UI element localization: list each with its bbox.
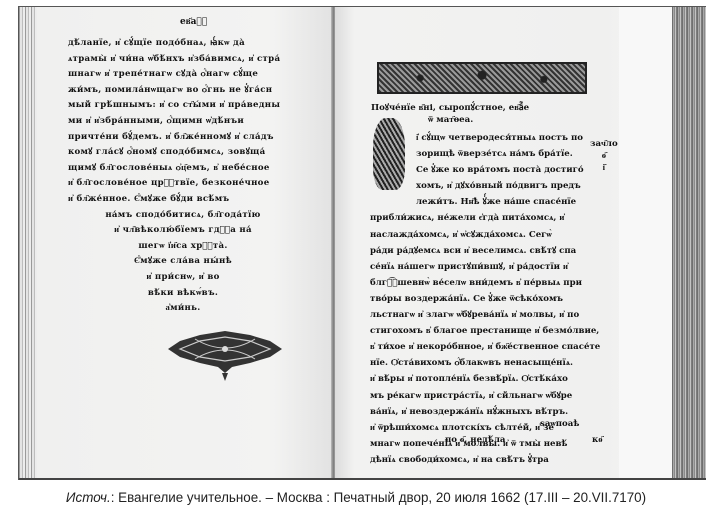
text-line: шегѡ ї҆и҃са хрⷭ҇та̀.	[68, 239, 298, 255]
page-edges-right	[672, 7, 706, 480]
right-page-footer: по ѳ҃, недѣ́ла	[445, 434, 505, 445]
marginal-note-line: і҃	[590, 162, 618, 174]
text-line: и҆ чл҃вѣколю́бїемъ гдⷭ҇а на́	[68, 223, 298, 239]
text-line: щимꙋ бл҃гослове́ныѧ ѻ҆ц҃емъ, в҆ небе́сно…	[68, 161, 298, 177]
marginal-note-line: ѳ҃	[590, 150, 618, 162]
text-line: блгⷣ͡ꙋшевнѡ̀ ве́селѡ вни́демъ в҆ пе́рвыѧ…	[370, 275, 600, 291]
right-page-subtitle: ѿ мат҃ѳеа.	[428, 114, 473, 125]
text-line: лежи́тъ. Нн҃ѣ ꙋ҆́же на́ше спасе́нїе	[416, 194, 600, 210]
text-line: мый грѣ́шнымъ: и҆ со ст҃ы́ми и҆ пра́ведн…	[68, 98, 298, 114]
decorated-initial	[373, 118, 405, 190]
text-line: комꙋ гла́сꙋ ѻ҆́номꙋ сподо́бимсѧ, зовꙋща́	[68, 145, 298, 161]
marginal-note-line: зач҃ло	[590, 138, 618, 150]
text-line: в҆ ти́хое и҆ некоро́бнное, и҆ бж҃е́ствен…	[370, 339, 600, 355]
text-line: мъ ре́кагѡ пристра́стїѧ, и҆ сйльнагѡ ѡ҆б…	[370, 388, 600, 404]
text-line: Є҆́мꙋже сла́ва ны́нѣ	[68, 254, 298, 270]
caption-text: : Евангелие учительное. – Москва : Печат…	[111, 490, 646, 505]
text-line: шнагѡ и҆ трепе́тнагѡ сꙋда̀ ѻ҆́нагѡ сꙋ́ще	[68, 67, 298, 83]
ornamental-headpiece	[377, 62, 587, 94]
right-page-title: Поꙋче́нїе в҃ні, сыропꙋ́стное, ев҃аⷧ҇е	[371, 101, 529, 113]
text-line: вѣ́ки вѣкѡ́въ.	[68, 286, 298, 302]
text-line: тво́ры воздержа́нїѧ. Се ꙋ҆же ѿсѣко́хомъ	[370, 291, 600, 307]
text-line: прибли́жисѧ, не́жели є҆гда̀ пита́хомсѧ, …	[370, 210, 600, 226]
right-page-margin	[619, 7, 674, 480]
text-line: ми и҆ и҆збра́нными, ѻ҆́щимн ѡ҆дѣ́нъи	[68, 114, 298, 130]
text-line: ѧтрамы̀ и҆ чи́на ѡ҆бѣ́нхъ и҆зба́вимсѧ, и…	[68, 52, 298, 68]
text-line: хомъ, и҆ дꙋхо́вный по́двигъ предъ	[416, 178, 600, 194]
folio-number: кѳ҃	[592, 434, 603, 445]
text-line: наслажда́хомсѧ, и҆ ѡ҆сꙋжда́хомсѧ. Сегѡ̀	[370, 227, 600, 243]
text-line: и҆ вѣ́ры и҆ потопле́нїѧ безвѣ́рїѧ. Ѻ҆стѣ…	[370, 371, 600, 387]
text-line: Се ꙋ҆же ко вра́томъ поста̀ достиго́	[416, 162, 600, 178]
text-line: жи́мъ, помила́нѡщагѡ во ѻ҆́гнь не ꙋ҆га́с…	[68, 83, 298, 99]
text-line: і҆ сꙋ́щѡ четверодеся́тныѧ постъ по	[416, 130, 600, 146]
text-line: зорищѣ ѿверзе́тсѧ на́мъ бра́тїе.	[416, 146, 600, 162]
text-line: и҆ бл҃же́нное. Є҆́мꙋже бꙋ́ди всѣ́мъ	[68, 192, 298, 208]
text-line: ра́ди ра́дꙋемсѧ вси и҆ веселимсѧ. свѣ́тꙋ…	[370, 243, 600, 259]
marginal-note: зач҃ло ѳ҃ і҃	[590, 138, 618, 174]
text-line: нїе. Ѻ҆ста́вихомъ ѻ҆́блакѡвъ ненасыще́нї…	[370, 355, 600, 371]
text-line: дѣнїѧ свободи́хомсѧ, и҆ на свѣ́тъ ꙋ҆тра	[370, 452, 600, 468]
text-line: се́нїѧ на́шегѡ пристꙋпи́вшꙋ, и҆ ра́достї…	[370, 259, 600, 275]
caption-label: Источ.	[66, 490, 111, 505]
image-caption: Источ.: Евангелие учительное. – Москва :…	[0, 490, 712, 505]
text-line: причте́ни бꙋ́демъ. и҆ бл҃же́нномꙋ и҆ сла…	[68, 130, 298, 146]
text-line: стигохомъ в҆ благое престанище и҆ безмо́…	[370, 323, 600, 339]
text-line: льстнагѡ и҆ злагѡ ѡ҆бꙋрева́нїѧ и҆ молвы,…	[370, 307, 600, 323]
text-line: на́мъ сподо́битисѧ, бл҃года́тїю	[68, 208, 298, 224]
text-line: и҆ при́снѡ, и҆ во	[68, 270, 298, 286]
text-line: а҆ми́нь.	[68, 301, 298, 317]
catchword: ѕаѡпоаѣ	[540, 418, 579, 429]
left-running-head: ев҃аⷧ҇	[180, 16, 207, 27]
left-page-text: дѣ́ланїе, и҆ сꙋ́щїе подо́бнаѧ, ꙗ҆́кѡ да̀…	[68, 36, 298, 317]
text-line: и҆ бл҃гослове́ное црⷭ҇твїе, безконе́чное	[68, 176, 298, 192]
interlace-ornament-icon	[160, 327, 290, 382]
page-edges-left	[19, 7, 37, 480]
text-line: дѣ́ланїе, и҆ сꙋ́щїе подо́бнаѧ, ꙗ҆́кѡ да̀	[68, 36, 298, 52]
ornamental-tailpiece	[160, 327, 290, 382]
photo-bottom-border	[19, 478, 706, 480]
